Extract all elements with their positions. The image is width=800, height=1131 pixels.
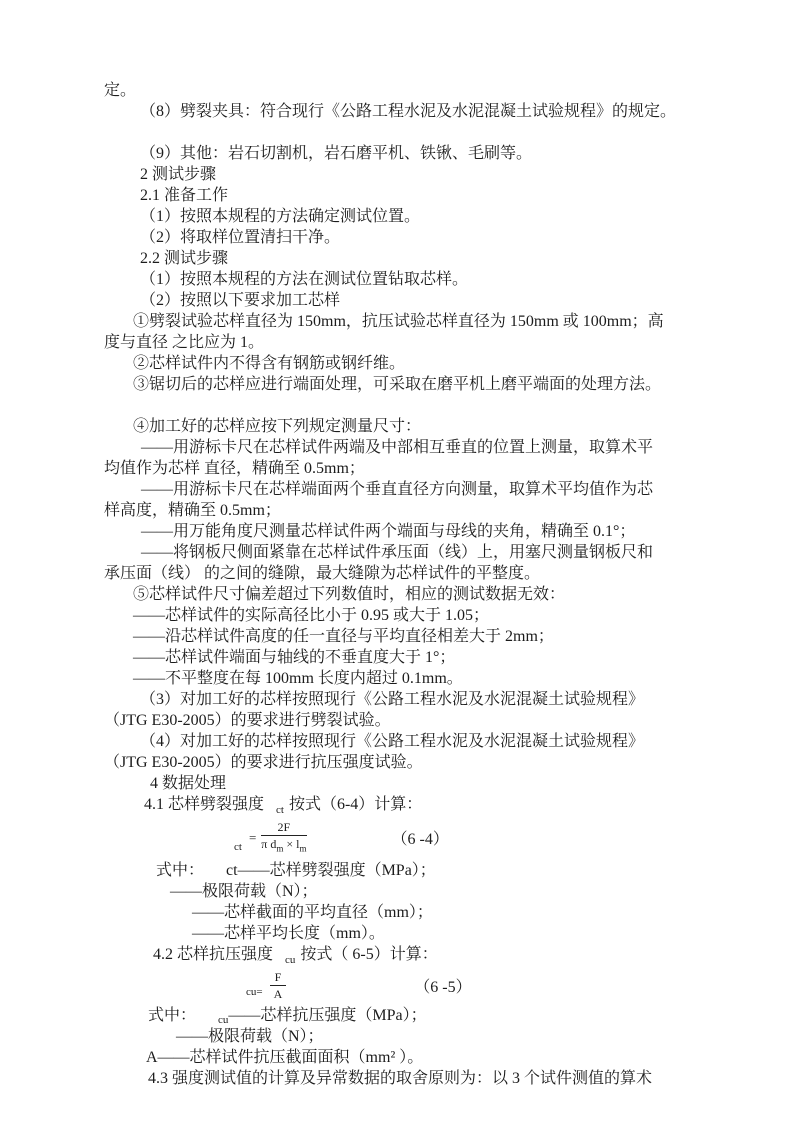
doc-line: ①劈裂试验芯样直径为 150mm，抗压试验芯样直径为 150mm 或 100mm… — [133, 311, 690, 332]
fraction-numerator: 2F — [261, 820, 306, 836]
doc-line: 度与直径 之比应为 1。 — [104, 332, 690, 353]
document-page: 定。 （8）劈裂夹具：符合现行《公路工程水泥及水泥混凝土试验规程》的规定。 （9… — [0, 0, 800, 1131]
note-prefix: 式中： — [156, 862, 204, 879]
fraction-denominator: π dm × lm — [261, 836, 306, 855]
doc-line: ——沿芯样试件高度的任一直径与平均直径相差大于 2mm； — [133, 626, 690, 647]
sigma-cu-subscript: cu — [285, 954, 295, 966]
doc-line: （9）其他：岩石切割机，岩石磨平机、铁锹、毛刷等。 — [140, 143, 690, 164]
doc-line: A——芯样试件抗压截面面积（mm² ）。 — [146, 1047, 690, 1068]
formula-6-4: ct = 2F π dm × lm （6 -4） — [234, 815, 690, 860]
fraction-denominator: A — [270, 986, 287, 1001]
doc-line: 均值作为芯样 直径，精确至 0.5mm； — [104, 458, 690, 479]
doc-line: ——将钢板尺侧面紧靠在芯样试件承压面（线）上，用塞尺测量钢板尺和 — [141, 542, 690, 563]
equals-sign: = — [249, 830, 256, 846]
doc-line: ——芯样试件端面与轴线的不垂直度大于 1°； — [133, 647, 690, 668]
doc-line: ——不平整度在每 100mm 长度内超过 0.1mm。 — [133, 668, 690, 689]
subscript-m: m — [299, 843, 306, 853]
section-4-2-heading: 4.2 芯样抗压强度cu按式（ 6-5）计算： — [153, 944, 690, 965]
blank-line — [104, 122, 690, 143]
denominator-text: × l — [283, 837, 299, 851]
section-4-heading: 4 数据处理 — [150, 773, 690, 794]
doc-line: ——芯样截面的平均直径（mm）； — [192, 902, 690, 923]
heading-text: 4.2 芯样抗压强度 — [153, 946, 273, 963]
doc-line: （2）按照以下要求加工芯样 — [140, 290, 690, 311]
heading-text: 按式（ 6-5）计算： — [300, 946, 437, 963]
doc-line: 定。 — [104, 80, 690, 101]
doc-line: （4）对加工好的芯样按照现行《公路工程水泥及水泥混凝土试验规程》 — [140, 731, 690, 752]
section-4-3-heading: 4.3 强度测试值的计算及异常数据的取舍原则为：以 3 个试件测值的算术 — [148, 1068, 690, 1089]
sigma-ct-subscript: ct — [276, 804, 284, 816]
doc-line: ②芯样试件内不得含有钢筋或钢纤维。 — [133, 353, 690, 374]
formula-6-5: cu= F A （6 -5） — [246, 965, 690, 1005]
doc-line: 承压面（线） 的之间的缝隙，最大缝隙为芯样试件的平整度。 — [104, 563, 690, 584]
note-prefix: 式中： — [148, 1007, 196, 1024]
variable-cu: cu — [218, 1014, 228, 1026]
doc-line: ——极限荷载（N）； — [170, 881, 690, 902]
doc-line: （1）按照本规程的方法确定测试位置。 — [140, 206, 690, 227]
note-text: ——芯样劈裂强度（MPa）； — [238, 862, 436, 879]
fraction-numerator: F — [270, 970, 287, 986]
doc-line: ——极限荷载（N）； — [176, 1026, 690, 1047]
fraction: 2F π dm × lm — [261, 820, 306, 855]
doc-line: ——用游标卡尺在芯样试件两端及中部相互垂直的位置上测量，取算术平 — [141, 437, 690, 458]
variable-ct: ct — [226, 862, 238, 879]
formula-lhs-subscript: cu= — [246, 986, 263, 998]
formula-note-4-2: 式中：cu——芯样抗压强度（MPa）； — [148, 1005, 690, 1026]
equation-number: （6 -4） — [392, 826, 449, 849]
formula-lhs-subscript: ct — [234, 841, 242, 853]
doc-line: ③锯切后的芯样应进行端面处理，可采取在磨平机上磨平端面的处理方法。 — [133, 374, 690, 395]
denominator-text: π d — [261, 837, 276, 851]
doc-line: 样高度，精确至 0.5mm； — [104, 500, 690, 521]
doc-line: （JTG E30-2005）的要求进行劈裂试验。 — [104, 710, 690, 731]
doc-line: （1）按照本规程的方法在测试位置钻取芯样。 — [140, 269, 690, 290]
doc-line: ——用万能角度尺测量芯样试件两个端面与母线的夹角，精确至 0.1°； — [141, 521, 690, 542]
note-text: ——芯样抗压强度（MPa）； — [228, 1007, 426, 1024]
doc-line: ④加工好的芯样应按下列规定测量尺寸： — [133, 416, 690, 437]
section-2-2-heading: 2.2 测试步骤 — [140, 248, 690, 269]
heading-text: 按式（6-4）计算： — [289, 796, 422, 813]
heading-text: 4.1 芯样劈裂强度 — [144, 796, 264, 813]
doc-line: （8）劈裂夹具：符合现行《公路工程水泥及水泥混凝土试验规程》的规定。 — [140, 101, 690, 122]
doc-line: （2）将取样位置清扫干净。 — [140, 227, 690, 248]
equation-number: （6 -5） — [414, 974, 471, 997]
doc-line: ——用游标卡尺在芯样端面两个垂直直径方向测量，取算术平均值作为芯 — [141, 479, 690, 500]
fraction: F A — [270, 970, 287, 1001]
doc-line: ——芯样平均长度（mm）。 — [192, 923, 690, 944]
section-4-1-heading: 4.1 芯样劈裂强度ct按式（6-4）计算： — [144, 794, 690, 815]
doc-line: ——芯样试件的实际高径比小于 0.95 或大于 1.05； — [133, 605, 690, 626]
doc-line: ⑤芯样试件尺寸偏差超过下列数值时，相应的测试数据无效： — [133, 584, 690, 605]
formula-note-4-1: 式中：ct——芯样劈裂强度（MPa）； — [156, 860, 690, 881]
doc-line: （JTG E30-2005）的要求进行抗压强度试验。 — [104, 752, 690, 773]
doc-line: （3）对加工好的芯样按照现行《公路工程水泥及水泥混凝土试验规程》 — [140, 689, 690, 710]
section-2-1-heading: 2.1 准备工作 — [140, 185, 690, 206]
section-2-heading: 2 测试步骤 — [140, 164, 690, 185]
blank-line — [104, 395, 690, 416]
